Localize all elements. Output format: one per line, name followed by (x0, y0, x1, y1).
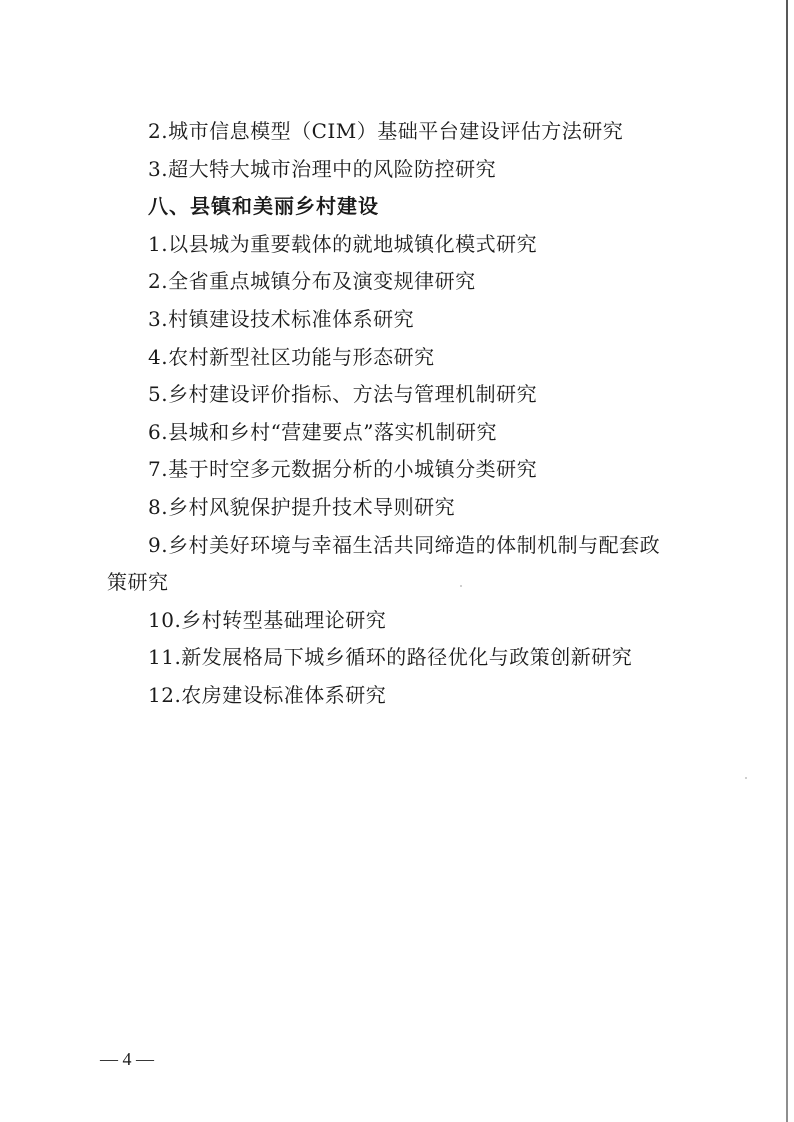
document-body: 2.城市信息模型（CIM）基础平台建设评估方法研究 3.超大特大城市治理中的风险… (107, 113, 697, 715)
list-item: 3.村镇建设技术标准体系研究 (107, 301, 697, 339)
document-page: 2.城市信息模型（CIM）基础平台建设评估方法研究 3.超大特大城市治理中的风险… (0, 0, 794, 1122)
list-item: 7.基于时空多元数据分析的小城镇分类研究 (107, 451, 697, 489)
list-item: 8.乡村风貌保护提升技术导则研究 (107, 489, 697, 527)
list-item: 2.城市信息模型（CIM）基础平台建设评估方法研究 (107, 113, 697, 151)
scan-speck (460, 585, 462, 587)
list-item: 12.农房建设标准体系研究 (107, 677, 697, 715)
page-number: — 4 — (100, 1047, 154, 1071)
list-item: 1.以县城为重要载体的就地城镇化模式研究 (107, 226, 697, 264)
list-item: 10.乡村转型基础理论研究 (107, 602, 697, 640)
list-item: 6.县城和乡村“营建要点”落实机制研究 (107, 414, 697, 452)
list-item: 3.超大特大城市治理中的风险防控研究 (107, 151, 697, 189)
scan-speck (745, 777, 747, 779)
list-item: 2.全省重点城镇分布及演变规律研究 (107, 263, 697, 301)
section-heading: 八、县镇和美丽乡村建设 (107, 188, 697, 226)
list-item: 11.新发展格局下城乡循环的路径优化与政策创新研究 (107, 639, 697, 677)
list-item-continuation: 策研究 (107, 564, 697, 602)
list-item: 4.农村新型社区功能与形态研究 (107, 339, 697, 377)
list-item: 5.乡村建设评价指标、方法与管理机制研究 (107, 376, 697, 414)
scan-edge-line (786, 0, 788, 1122)
list-item: 9.乡村美好环境与幸福生活共同缔造的体制机制与配套政 (107, 527, 697, 565)
